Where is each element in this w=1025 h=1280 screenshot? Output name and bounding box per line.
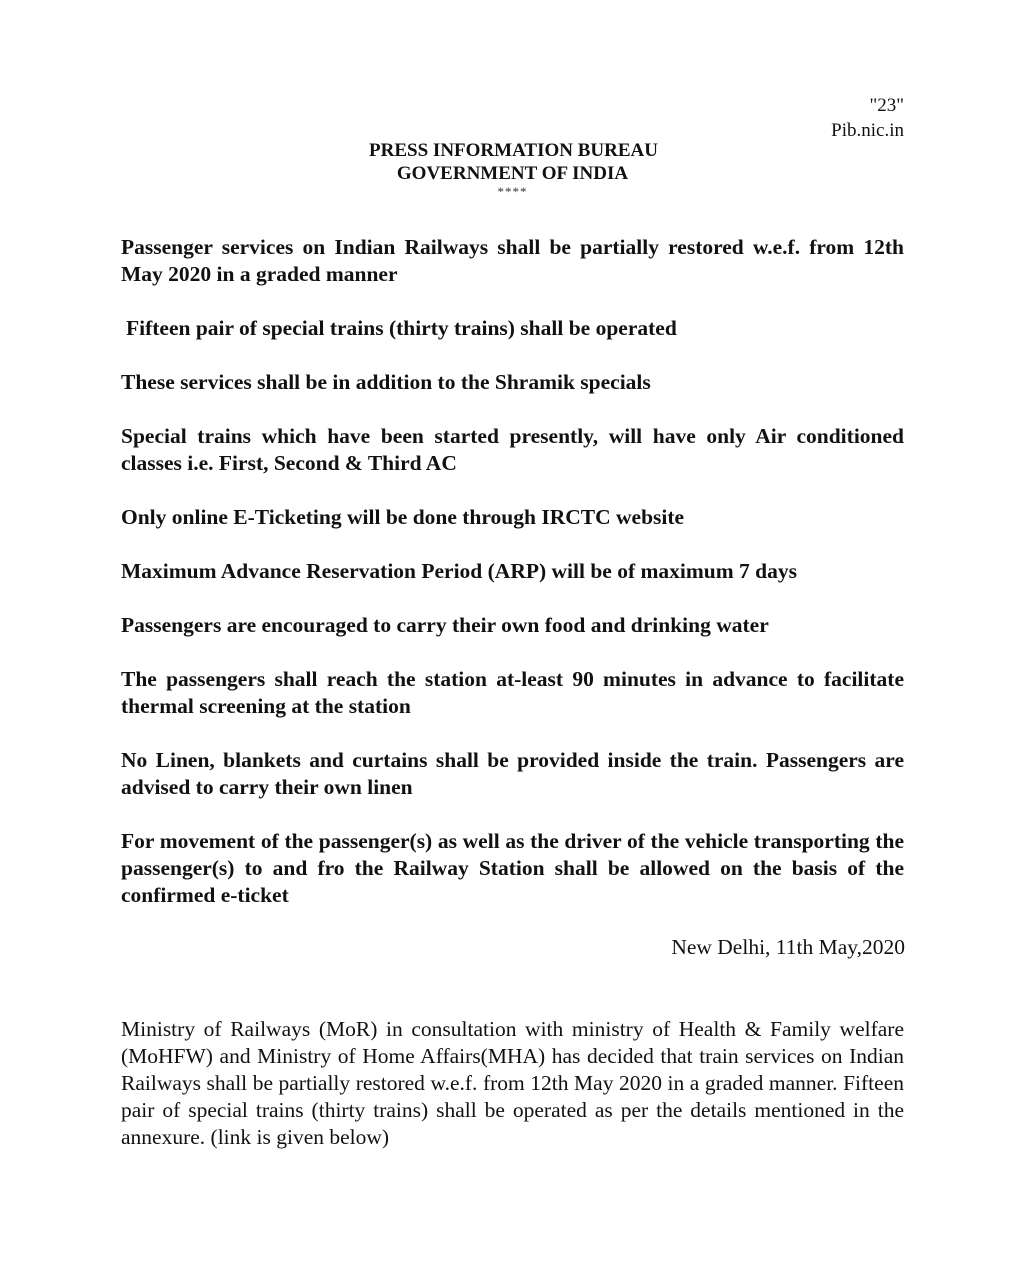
highlight-movement: For movement of the passenger(s) as well… [121,828,904,909]
highlight-restoration: Passenger services on Indian Railways sh… [121,234,904,288]
highlight-food-water: Passengers are encouraged to carry their… [121,612,904,639]
highlight-linen: No Linen, blankets and curtains shall be… [121,747,904,801]
page-number: "23" [831,93,904,118]
highlight-eticketing: Only online E-Ticketing will be done thr… [121,504,904,531]
highlight-arp: Maximum Advance Reservation Period (ARP)… [121,558,904,585]
highlight-ac-classes: Special trains which have been started p… [121,423,904,477]
page-reference: "23" Pib.nic.in [831,93,904,143]
header-bureau: PRESS INFORMATION BUREAU [0,139,1025,162]
body-paragraph: Ministry of Railways (MoR) in consultati… [121,1016,904,1151]
document-header: PRESS INFORMATION BUREAU GOVERNMENT OF I… [0,139,1025,199]
dateline: New Delhi, 11th May,2020 [671,934,905,961]
highlight-fifteen-pairs: Fifteen pair of special trains (thirty t… [121,315,904,342]
header-government: GOVERNMENT OF INDIA [0,162,1025,185]
highlight-shramik: These services shall be in addition to t… [121,369,904,396]
highlight-arrival-time: The passengers shall reach the station a… [121,666,904,720]
header-separator: **** [0,185,1025,199]
